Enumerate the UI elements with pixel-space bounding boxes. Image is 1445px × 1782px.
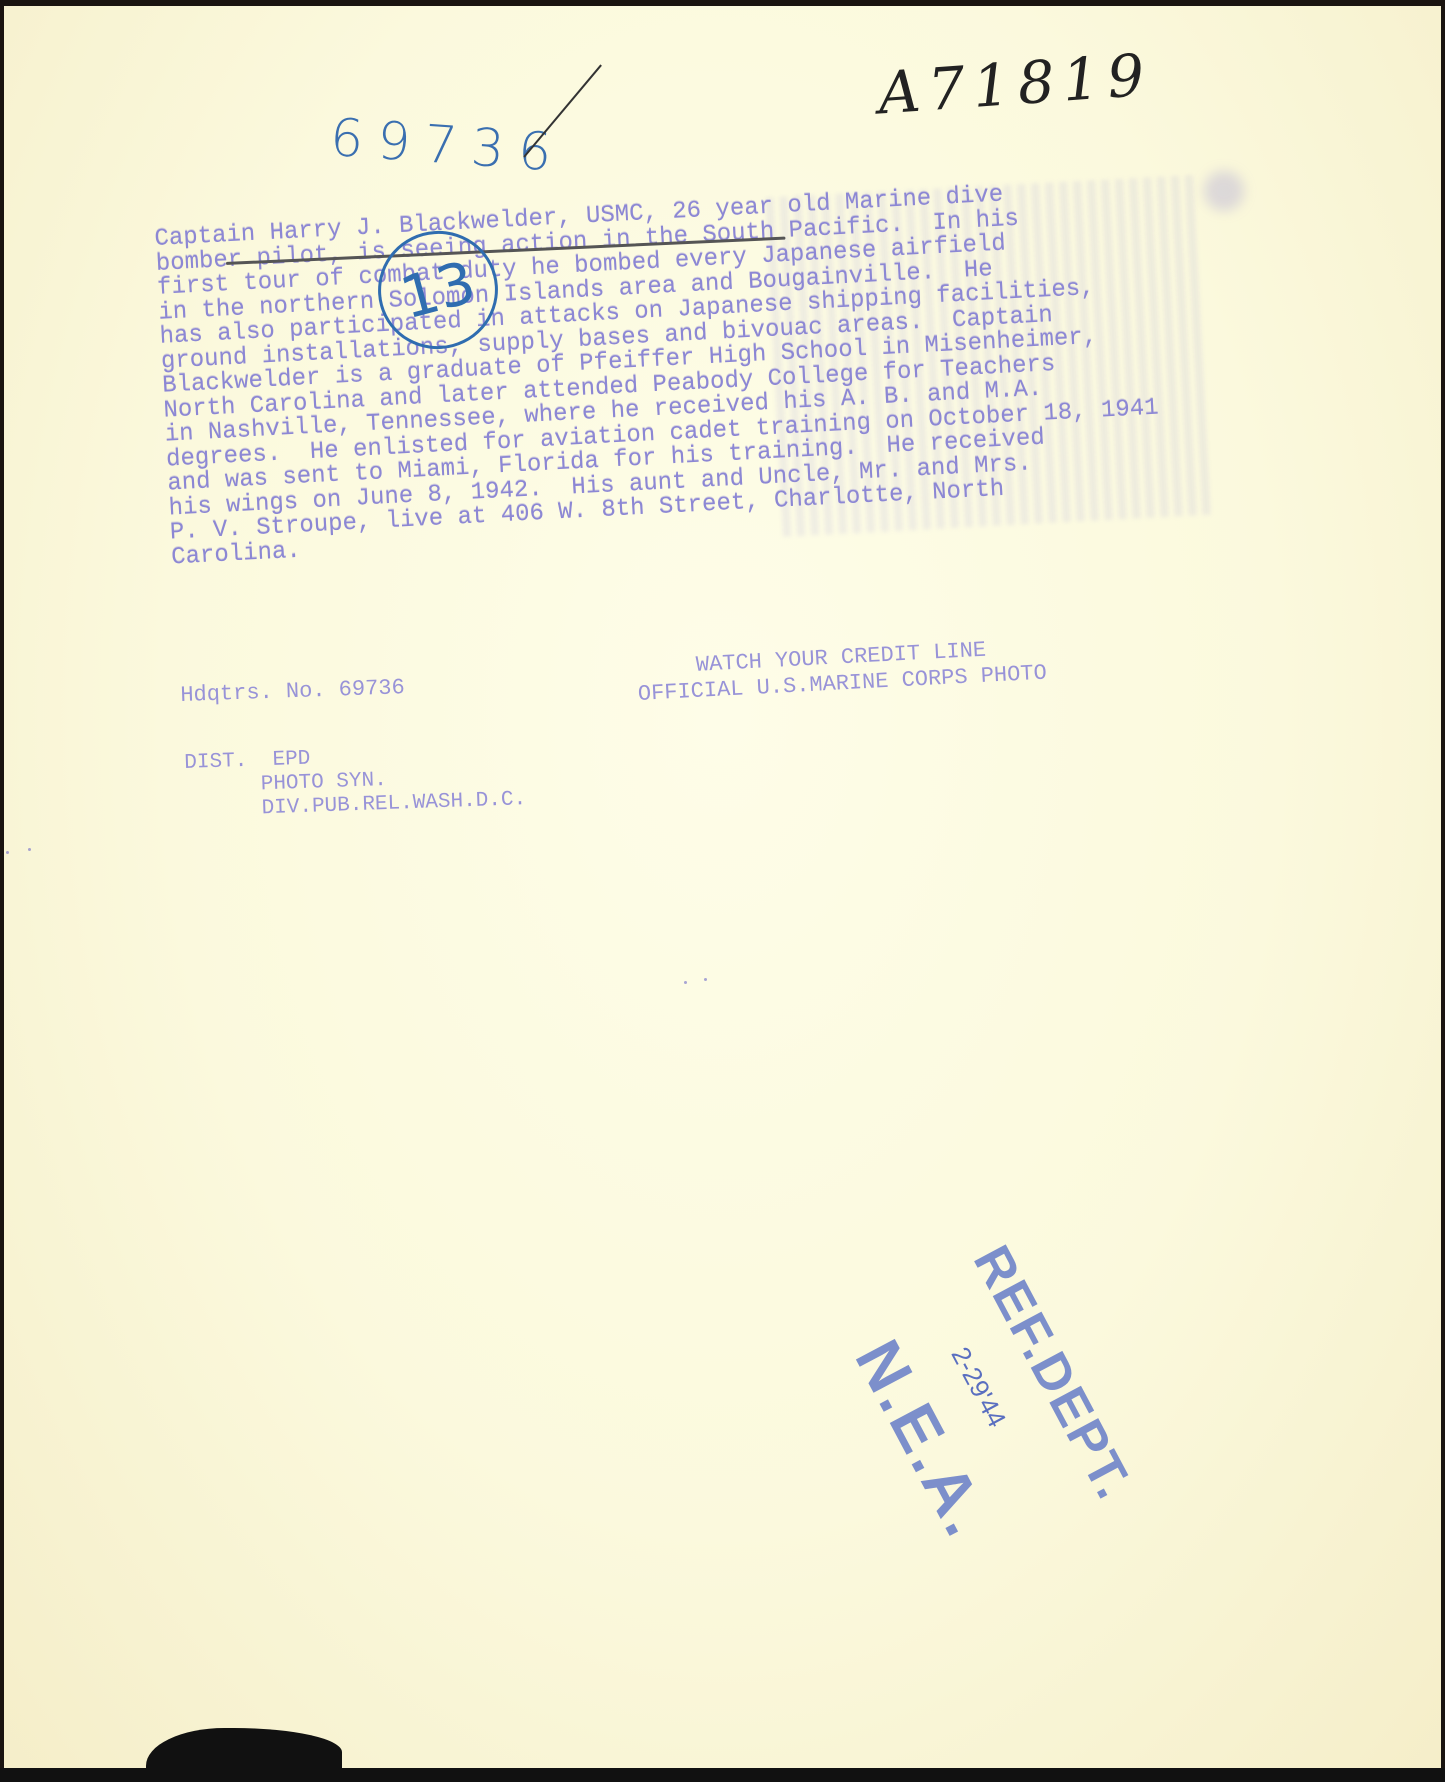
photo-back-document: A71819 69736 Captain Harry J. Blackwelde… [4, 6, 1441, 1768]
dist-item: PHOTO SYN. [260, 769, 387, 796]
circled-number-text: 13 [394, 248, 483, 333]
distribution-list: DIST. EPD PHOTO SYN. DIV.PUB.REL.WASH.D.… [184, 740, 527, 824]
ink-speck [6, 851, 9, 854]
hq-label: Hdqtrs. No. [180, 678, 326, 708]
caption-text: Captain Harry J. Blackwelder, USMC, 26 y… [154, 176, 1164, 571]
ink-speck [684, 981, 687, 984]
ink-speck [704, 978, 707, 981]
headquarters-number: Hdqtrs. No. 69736 [180, 676, 405, 708]
dist-item: EPD [272, 748, 311, 772]
handwritten-reference-number: A71819 [876, 41, 1154, 128]
dist-label: DIST. [184, 750, 248, 775]
ink-smudge [1204, 171, 1244, 211]
tape-residue-mark [146, 1728, 342, 1782]
credit-line-stamp: WATCH YOUR CREDIT LINEOFFICIAL U.S.MARIN… [636, 635, 1047, 708]
ink-speck [28, 848, 31, 851]
hq-number: 69736 [338, 675, 405, 702]
